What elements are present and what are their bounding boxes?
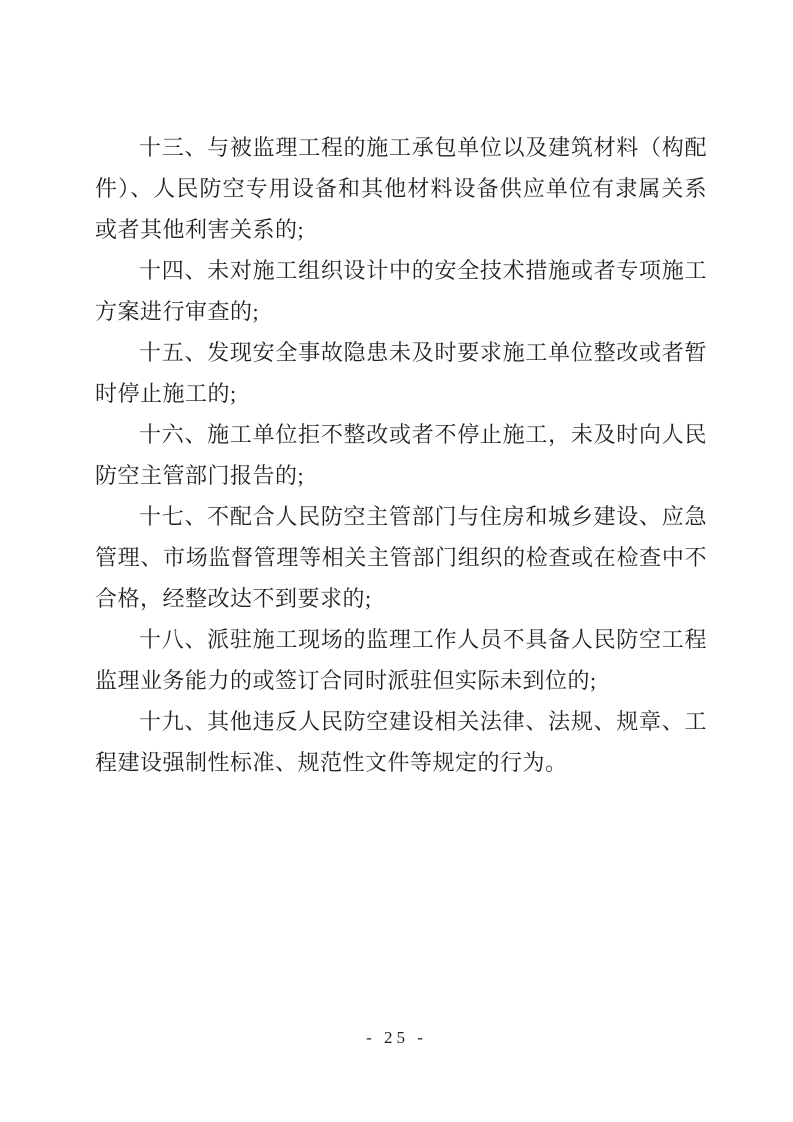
page-footer: - 25 -: [0, 1028, 793, 1048]
paragraph-item-13: 十三、与被监理工程的施工承包单位以及建筑材料（构配件）、人民防空专用设备和其他材…: [95, 127, 707, 250]
page-number: - 25 -: [366, 1028, 427, 1047]
document-page: 十三、与被监理工程的施工承包单位以及建筑材料（构配件）、人民防空专用设备和其他材…: [0, 0, 793, 1122]
document-body: 十三、与被监理工程的施工承包单位以及建筑材料（构配件）、人民防空专用设备和其他材…: [95, 127, 707, 783]
paragraph-item-14: 十四、未对施工组织设计中的安全技术措施或者专项施工方案进行审查的;: [95, 250, 707, 332]
paragraph-item-17: 十七、不配合人民防空主管部门与住房和城乡建设、应急管理、市场监督管理等相关主管部…: [95, 496, 707, 619]
paragraph-item-18: 十八、派驻施工现场的监理工作人员不具备人民防空工程监理业务能力的或签订合同时派驻…: [95, 619, 707, 701]
paragraph-item-16: 十六、施工单位拒不整改或者不停止施工，未及时向人民防空主管部门报告的;: [95, 414, 707, 496]
paragraph-item-15: 十五、发现安全事故隐患未及时要求施工单位整改或者暂时停止施工的;: [95, 332, 707, 414]
paragraph-item-19: 十九、其他违反人民防空建设相关法律、法规、规章、工程建设强制性标准、规范性文件等…: [95, 701, 707, 783]
